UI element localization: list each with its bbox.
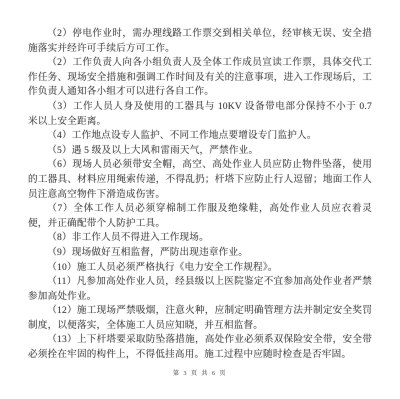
document-page: （2）停电作业时，需办理线路工作票交到相关单位，经审核无误、安全措施落实并经许可… — [0, 0, 400, 399]
paragraph-item-2a: （2）停电作业时，需办理线路工作票交到相关单位，经审核无误、安全措施落实并经许可… — [28, 27, 372, 56]
paragraph-item-10: （10）施工人员必须严格执行《电力安全工作规程》。 — [28, 261, 372, 276]
paragraph-item-11: （11）凡参加高处作业人员，经县级以上医院鉴定不宜参加高处作业者严禁参加高处作业… — [28, 275, 372, 304]
paragraph-item-13: （13）上下杆塔要采取防坠落措施，高处作业必须系双保险安全带，安全带必须拴在牢固… — [28, 333, 372, 362]
paragraph-item-4: （4）工作地点设专人监护、不同工作地点要增设专门监护人。 — [28, 129, 372, 144]
paragraph-item-7: （7）全体工作人员必须穿棉制工作服及绝缘鞋，高处作业人员应衣着灵便，并正确配带个… — [28, 202, 372, 231]
paragraph-item-12: （12）施工现场严禁吸烟，注意火种，应制定明确管理方法并制定安全奖罚制度，以便落… — [28, 304, 372, 333]
paragraph-item-6: （6）现场人员必须带安全帽，高空、高处作业人员应防止物件坠落，使用的工器具、材料… — [28, 158, 372, 202]
paragraph-item-2b: （2）工作负责人向各小组负责人及全体工作成员宣读工作票，具体交代工作任务、现场安… — [28, 56, 372, 100]
paragraph-item-9: （9）现场做好互相监督，严防出现违章作业。 — [28, 246, 372, 261]
paragraph-item-3: （3）工作人员人身及使用的工器具与 10KV 设备带电部分保持不小于 0.7 米… — [28, 100, 372, 129]
page-footer: 第 3 页 共 6 页 — [0, 370, 400, 378]
document-body: （2）停电作业时，需办理线路工作票交到相关单位，经审核无误、安全措施落实并经许可… — [28, 27, 372, 363]
paragraph-item-8: （8）非工作人员不得进入工作现场。 — [28, 231, 372, 246]
paragraph-item-5: （5）遇 5 级及以上大风和雷雨天气，严禁作业。 — [28, 144, 372, 159]
